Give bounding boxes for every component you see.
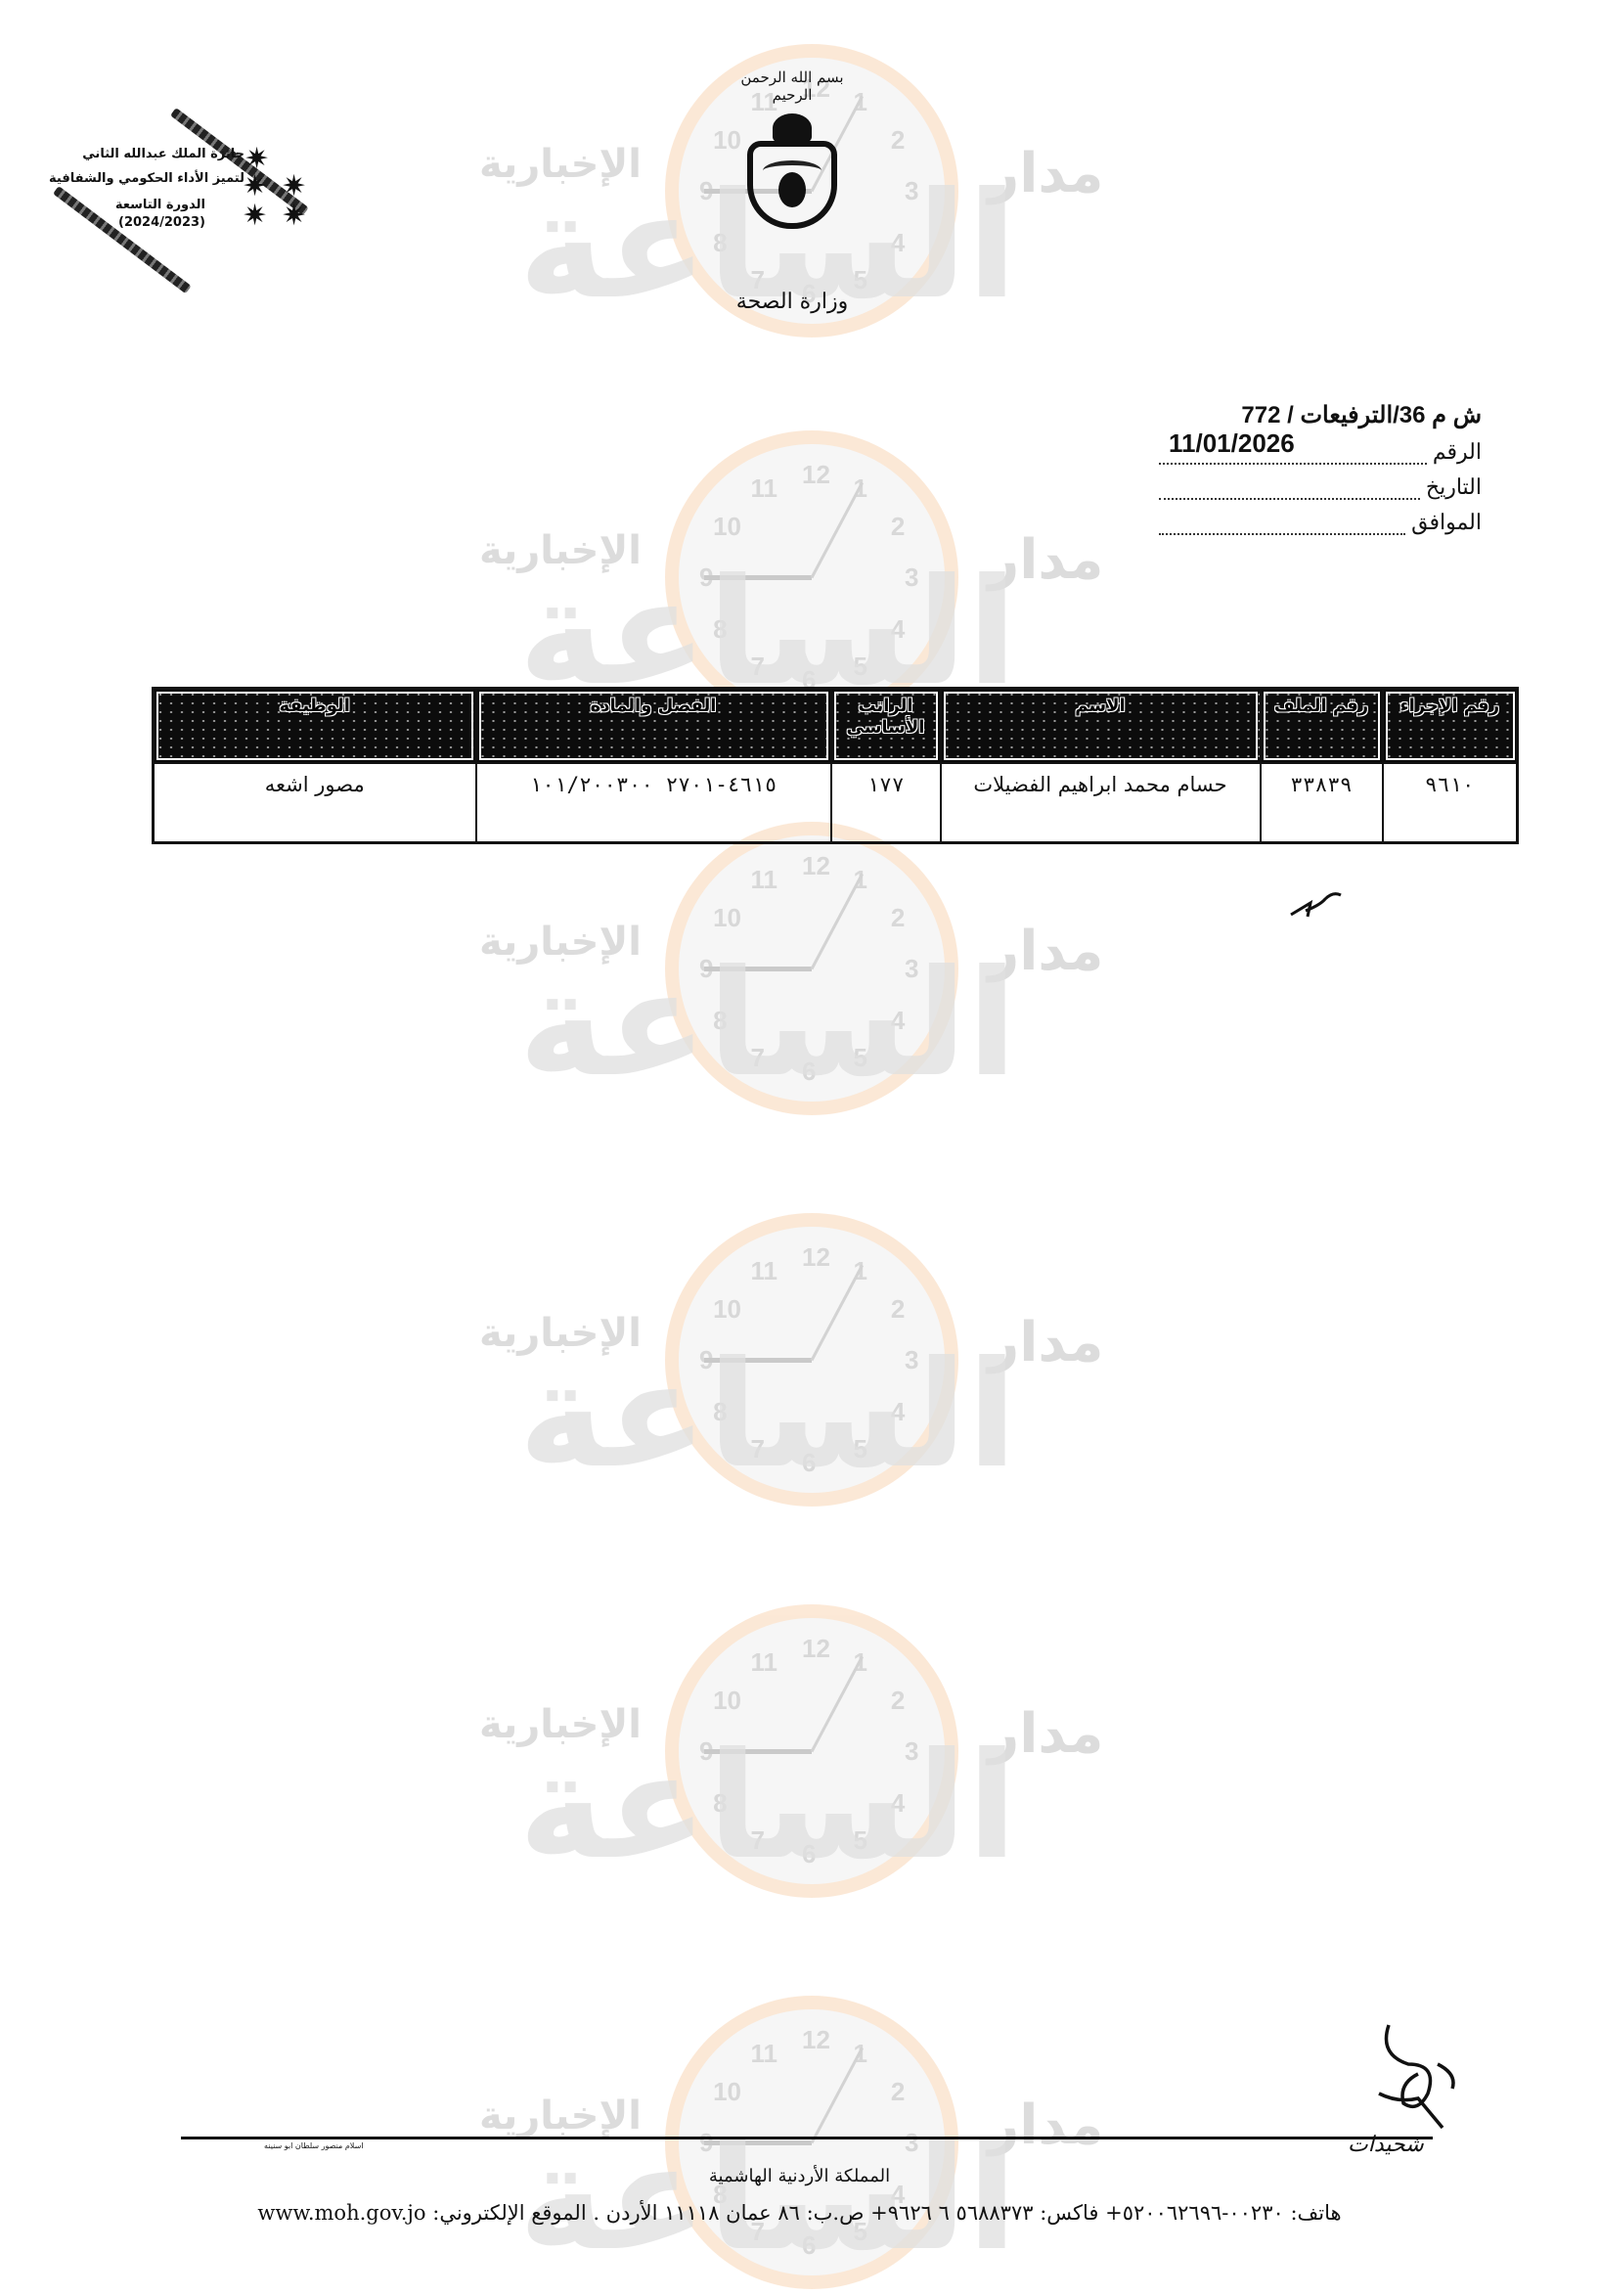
job-title-cell: مصور اشعه — [154, 763, 476, 843]
clock-watermark-icon: 121234567891011 — [665, 1996, 958, 2289]
signer-name: شحيدات — [1348, 2133, 1424, 2157]
hijri-date-label: الموافق — [1411, 510, 1482, 535]
kingdom-name: المملكة الأردنية الهاشمية — [0, 2166, 1599, 2186]
contact-details: هاتف: ٠٠٢٣٠-٥٢٠٠٦٢٦٩٦+ فاكس: ٥٦٨٨٣٧٣ ٦ ٩… — [432, 2201, 1341, 2225]
number-field: الرقم 11/01/2026 — [1159, 439, 1482, 465]
watermark: 121234567891011الإخباريةمدارالساعة — [499, 1213, 1105, 1507]
award-cycle: الدورة التاسعة — [115, 198, 205, 212]
watermark: 121234567891011الإخباريةمدارالساعة — [499, 1604, 1105, 1898]
date-field: التاريخ — [1159, 474, 1482, 500]
jordan-coat-of-arms-icon — [743, 113, 841, 250]
clock-watermark-icon: 121234567891011 — [665, 822, 958, 1115]
basic-salary-cell: ١٧٧ — [831, 763, 941, 843]
excellence-award-logo: جائزة الملك عبدالله الثاني لتميز الأداء … — [59, 49, 352, 293]
award-title: جائزة الملك عبدالله الثاني — [82, 147, 244, 161]
clock-watermark-icon: 121234567891011 — [665, 1604, 958, 1898]
watermark: 121234567891011الإخباريةمدارالساعة — [499, 430, 1105, 724]
promotion-table: رقم الإجراء رقم الملف الاسم الراتب الأسا… — [152, 687, 1519, 844]
star-icon: ✷ — [282, 202, 306, 231]
watermark: 121234567891011الإخباريةمدارالساعة — [499, 1996, 1105, 2289]
contact-info: هاتف: ٠٠٢٣٠-٥٢٠٠٦٢٦٩٦+ فاكس: ٥٦٨٨٣٧٣ ٦ ٩… — [0, 2201, 1599, 2225]
column-header: الاسم — [941, 689, 1261, 764]
reference-number: ش م 36/الترفيعات / 772 — [1159, 401, 1482, 429]
number-label: الرقم — [1433, 439, 1482, 465]
star-icon: ✷ — [282, 172, 306, 202]
website-link[interactable]: www.moh.gov.jo — [257, 2201, 425, 2225]
employee-name-cell: حسام محمد ابراهيم الفضيلات — [941, 763, 1261, 843]
footer-divider — [181, 2137, 1433, 2139]
column-header: رقم الإجراء — [1383, 689, 1518, 764]
main-signature-icon — [1359, 2005, 1467, 2133]
reference-block: ش م 36/الترفيعات / 772 الرقم 11/01/2026 … — [1159, 401, 1482, 535]
hijri-date-field: الموافق — [1159, 510, 1482, 535]
star-icon: ✷ — [243, 172, 267, 202]
table-header-row: رقم الإجراء رقم الملف الاسم الراتب الأسا… — [154, 689, 1518, 764]
file-number-cell: ٣٣٨٣٩ — [1261, 763, 1383, 843]
clock-watermark-icon: 121234567891011 — [665, 430, 958, 724]
table-row: ٩٦١٠ ٣٣٨٣٩ حسام محمد ابراهيم الفضيلات ١٧… — [154, 763, 1518, 843]
ministry-name: وزارة الصحة — [724, 290, 861, 314]
column-header: الوظيفة — [154, 689, 476, 764]
preparer-note: اسلام منصور سلطان ابو سنينه — [264, 2141, 364, 2150]
chapter-article-cell: ٤٦١٥-٢٧٠١ ١٠١/٢٠٠٣٠٠ — [476, 763, 831, 843]
award-years: (2024/2023) — [118, 215, 205, 230]
column-header: الفصل والمادة — [476, 689, 831, 764]
initial-signature-icon — [1286, 885, 1345, 924]
watermark: 121234567891011الإخباريةمدارالساعة — [499, 822, 1105, 1115]
date-label: التاريخ — [1426, 474, 1482, 500]
column-header: الراتب الأساسي — [831, 689, 941, 764]
basmala: بسم الله الرحمن الرحيم — [724, 68, 861, 104]
procedure-number-cell: ٩٦١٠ — [1383, 763, 1518, 843]
clock-watermark-icon: 121234567891011 — [665, 1213, 958, 1507]
award-subtitle: لتميز الأداء الحكومي والشفافية — [49, 171, 244, 186]
ministry-header: بسم الله الرحمن الرحيم وزارة الصحة — [724, 68, 861, 314]
number-value: 11/01/2026 — [1169, 428, 1295, 459]
star-icon: ✷ — [243, 202, 267, 231]
column-header: رقم الملف — [1261, 689, 1383, 764]
